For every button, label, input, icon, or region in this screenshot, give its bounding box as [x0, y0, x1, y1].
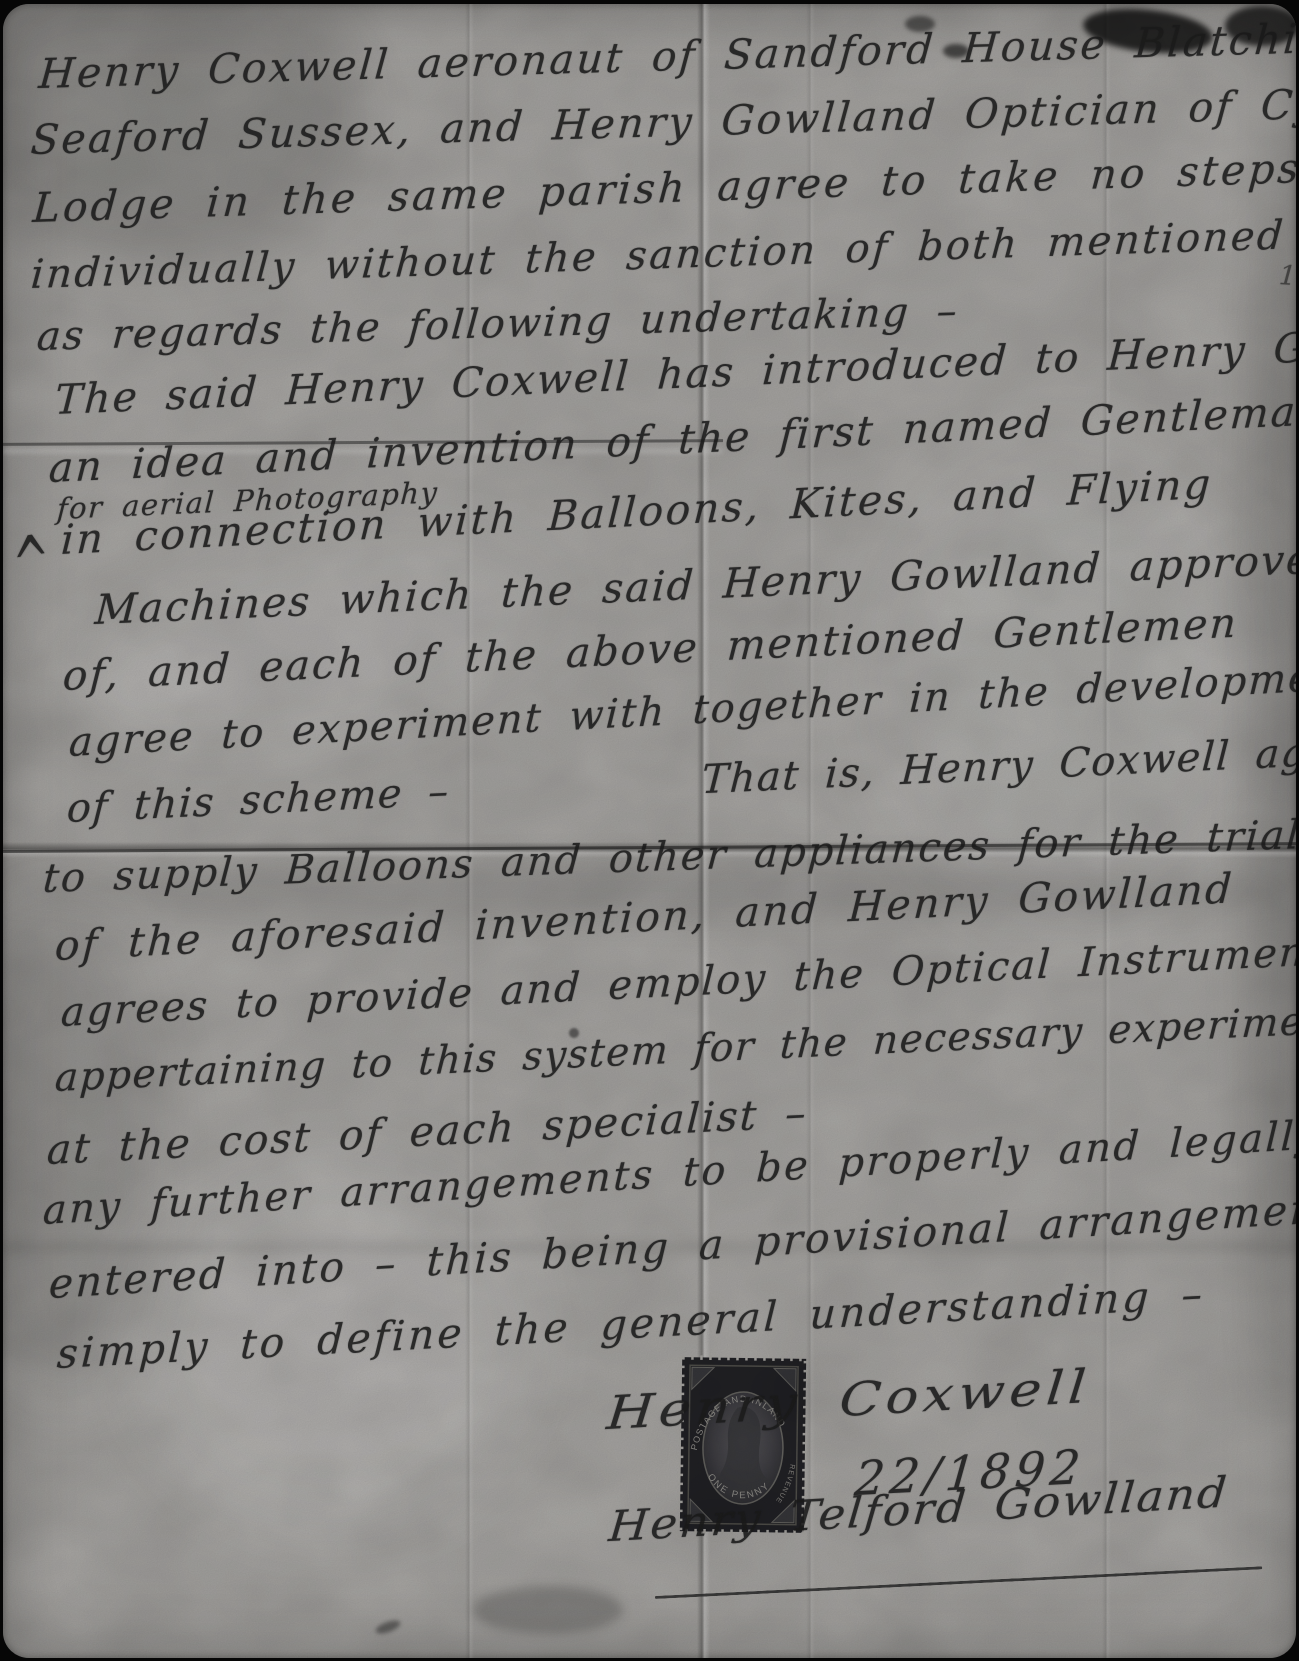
scanned-document-photo: Henry Coxwell aeronaut of Sandford House… [0, 0, 1299, 1661]
ink-speck [374, 1618, 402, 1636]
page-number-mark: 11 [1278, 260, 1296, 293]
signature-henry-coxwell: Henry Coxwell [605, 1359, 1093, 1440]
insertion-caret-mark: ^ [11, 519, 52, 611]
smudge [473, 1586, 623, 1634]
signature-underline [655, 1566, 1262, 1599]
document-paper: Henry Coxwell aeronaut of Sandford House… [3, 4, 1296, 1658]
